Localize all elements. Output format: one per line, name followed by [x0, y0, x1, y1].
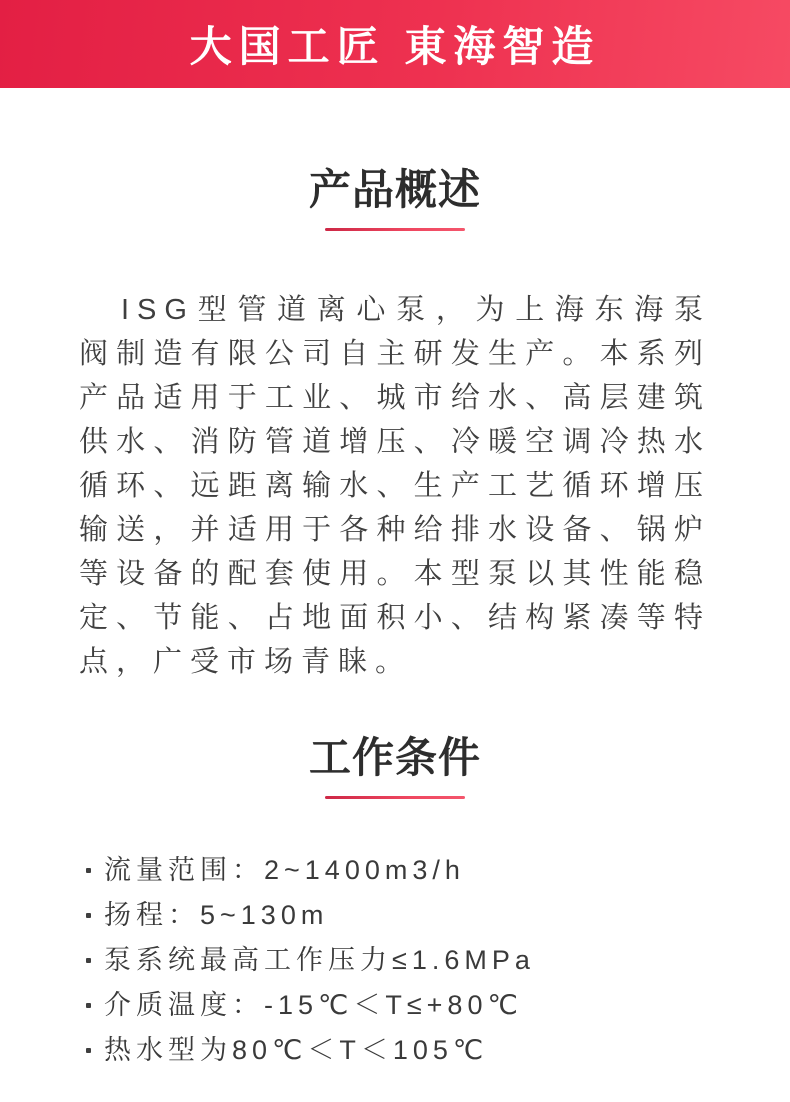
- bullet-icon: [86, 913, 91, 918]
- list-item-text: 热水型为80℃＜T＜105℃: [104, 1028, 488, 1073]
- title-underline: [325, 228, 465, 231]
- list-item-text: 泵系统最高工作压力≤1.6MPa: [104, 938, 535, 983]
- section-conditions: 工作条件 流量范围：2~1400m3/h 扬程：5~130m 泵系统最高工作压力…: [0, 684, 790, 1073]
- section-overview: 产品概述 ISG型管道离心泵，为上海东海泵阀制造有限公司自主研发生产。本系列产品…: [0, 88, 790, 684]
- conditions-section-title: 工作条件: [0, 684, 790, 780]
- conditions-list: 流量范围：2~1400m3/h 扬程：5~130m 泵系统最高工作压力≤1.6M…: [86, 848, 730, 1073]
- bullet-icon: [86, 1003, 91, 1008]
- overview-paragraph: ISG型管道离心泵，为上海东海泵阀制造有限公司自主研发生产。本系列产品适用于工业…: [79, 288, 711, 684]
- title-underline: [325, 796, 465, 799]
- top-banner: 大国工匠 東海智造: [0, 0, 790, 88]
- list-item-text: 扬程：5~130m: [104, 893, 328, 938]
- bullet-icon: [86, 1048, 91, 1053]
- list-item-text: 流量范围：2~1400m3/h: [104, 848, 465, 893]
- list-item: 泵系统最高工作压力≤1.6MPa: [86, 938, 730, 983]
- list-item-text: 介质温度：-15℃＜T≤+80℃: [104, 983, 523, 1028]
- list-item: 介质温度：-15℃＜T≤+80℃: [86, 983, 730, 1028]
- bullet-icon: [86, 868, 91, 873]
- bullet-icon: [86, 958, 91, 963]
- banner-title: 大国工匠 東海智造: [190, 14, 601, 74]
- list-item: 扬程：5~130m: [86, 893, 730, 938]
- list-item: 流量范围：2~1400m3/h: [86, 848, 730, 893]
- overview-section-title: 产品概述: [0, 88, 790, 212]
- list-item: 热水型为80℃＜T＜105℃: [86, 1028, 730, 1073]
